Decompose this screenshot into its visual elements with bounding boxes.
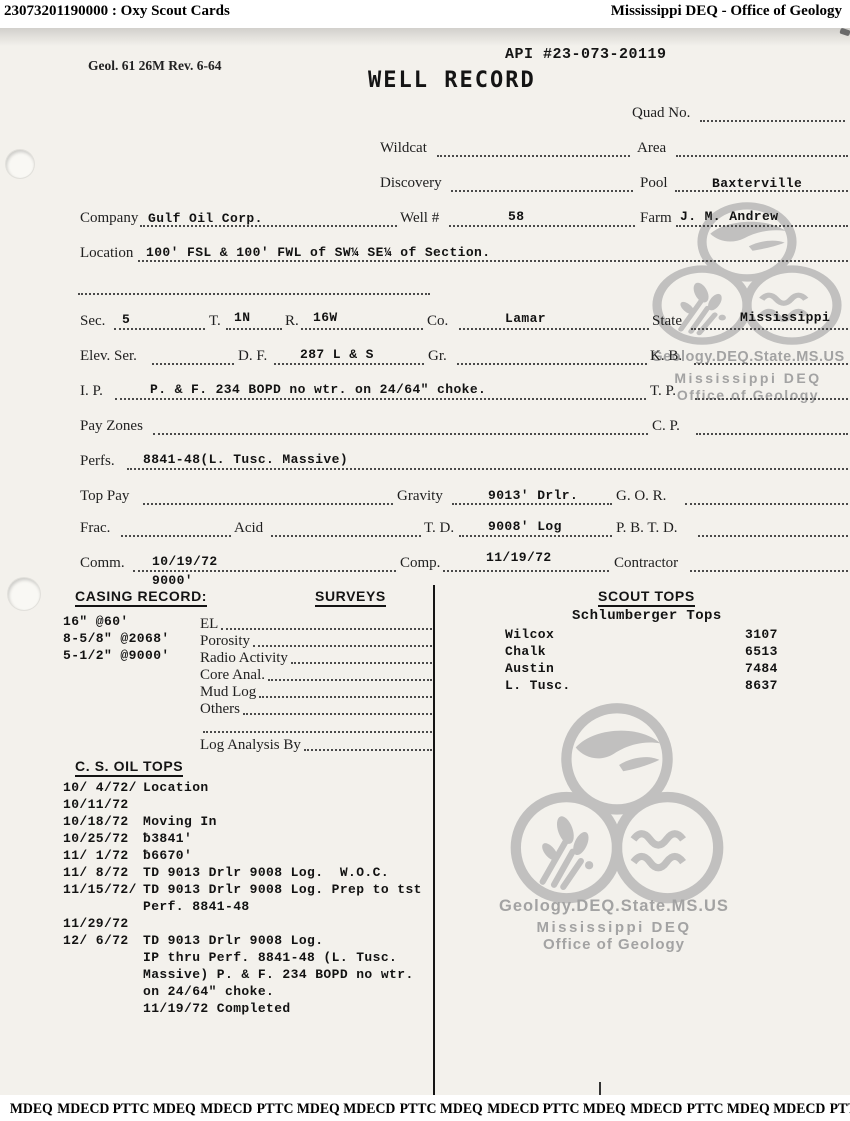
dotted-line — [676, 225, 848, 227]
surveys-heading: SURVEYS — [315, 588, 386, 607]
oil-top-date: 11/29/72 — [63, 916, 129, 931]
dotted-line — [114, 328, 205, 330]
field-state-label: State — [652, 313, 682, 330]
footer-org-label: PTTC — [830, 1101, 850, 1118]
footer-org-label: MDEQ — [440, 1101, 483, 1118]
dotted-line — [221, 628, 432, 630]
dotted-line — [143, 503, 393, 505]
dotted-line — [115, 398, 646, 400]
footer-org-label: PTTC — [400, 1101, 437, 1118]
oil-top-text: TD 9013 Drlr 9008 Log. Prep to tst — [143, 882, 422, 897]
field-top-pay-label: Top Pay — [80, 488, 129, 505]
scout-top-name: L. Tusc. — [505, 678, 571, 693]
field-pbtd-label: P. B. T. D. — [616, 520, 678, 537]
scout-tops-heading: SCOUT TOPS — [598, 588, 695, 607]
field-td-log-value: 9008' Log — [488, 519, 562, 534]
dotted-line — [443, 570, 609, 572]
field-td-label: T. D. — [424, 520, 454, 537]
field-comp-label: Comp. — [400, 555, 440, 572]
field-contractor-label: Contractor — [614, 555, 678, 572]
casing-item: 8-5/8" @2068' — [63, 631, 170, 646]
field-comp-value: 11/19/72 — [486, 550, 552, 565]
scanned-well-record-page: 23073201190000 : Oxy Scout Cards Mississ… — [0, 0, 850, 1121]
survey-row: Others — [200, 701, 432, 718]
field-sec-value: 5 — [122, 312, 130, 327]
agency-title: Mississippi DEQ - Office of Geology — [611, 3, 842, 20]
field-farm-value: J. M. Andrew — [680, 209, 778, 224]
dotted-line — [459, 328, 649, 330]
field-company-value: Gulf Oil Corp. — [148, 211, 263, 226]
survey-label: Core Anal. — [200, 667, 268, 684]
field-wildcat-label: Wildcat — [380, 140, 427, 157]
dotted-line — [449, 225, 635, 227]
field-comm-value: 10/19/72 — [152, 554, 218, 569]
watermark-url-text: Geology.DEQ.State.MS.US — [494, 897, 734, 916]
footer-org-label: PTTC — [543, 1101, 580, 1118]
field-well-no-label: Well # — [400, 210, 439, 227]
field-df-value: 287 L & S — [300, 347, 374, 362]
survey-label: EL — [200, 616, 221, 633]
field-range-label: R. — [285, 313, 299, 330]
survey-label: Log Analysis By — [200, 737, 304, 754]
field-perfs-value: 8841-48(L. Tusc. Massive) — [143, 452, 348, 467]
dotted-line — [203, 731, 432, 733]
oil-top-date: 10/18/72 — [63, 814, 129, 829]
scan-top-shadow — [0, 28, 850, 46]
footer-org-label: MDECD — [487, 1101, 539, 1118]
oil-top-date: 10/25/72 — [63, 831, 129, 846]
field-township-label: T. — [209, 313, 221, 330]
field-farm-label: Farm — [640, 210, 672, 227]
dotted-line — [152, 363, 234, 365]
dotted-line — [226, 328, 282, 330]
footer-org-label: MDECD — [344, 1101, 396, 1118]
footer-org-bar: MDEQMDECDPTTCMDEQMDECDPTTCMDEQMDECDPTTCM… — [0, 1097, 850, 1121]
field-elev-ser-label: Elev. Ser. — [80, 348, 137, 365]
field-pay-zones-label: Pay Zones — [80, 418, 143, 435]
field-county-label: Co. — [427, 313, 448, 330]
dotted-line — [268, 679, 432, 681]
footer-org-label: PTTC — [256, 1101, 293, 1118]
dotted-line — [694, 363, 848, 365]
oil-tops-heading: C. S. OIL TOPS — [75, 758, 183, 777]
dotted-line — [133, 570, 396, 572]
survey-row: Log Analysis By — [200, 737, 432, 754]
field-perfs-label: Perfs. — [80, 453, 115, 470]
field-location-value: 100' FSL & 100' FWL of SW¼ SE¼ of Sectio… — [146, 245, 490, 260]
dotted-line — [437, 155, 630, 157]
survey-row: Porosity — [200, 633, 432, 650]
oil-top-text: on 24/64" choke. — [143, 984, 274, 999]
oil-top-date: 11/ 8/72 — [63, 865, 129, 880]
footer-org-label: PTTC — [686, 1101, 723, 1118]
footer-org-label: PTTC — [113, 1101, 150, 1118]
watermark-office-text: Office of Geology — [648, 387, 848, 403]
footer-org-label: MDEQ — [583, 1101, 626, 1118]
dotted-line — [271, 535, 421, 537]
oil-top-date: 12/ 6/72 — [63, 933, 129, 948]
oil-top-date: 10/ 4/72/ — [63, 780, 137, 795]
field-range-value: 16W — [313, 310, 338, 325]
field-comm-label: Comm. — [80, 555, 125, 572]
dotted-line — [685, 503, 848, 505]
dotted-line — [153, 433, 648, 435]
oil-top-text: Perf. 8841-48 — [143, 899, 250, 914]
field-area-label: Area — [637, 140, 666, 157]
scan-artifact-tick — [599, 1082, 601, 1095]
survey-label: Porosity — [200, 633, 253, 650]
field-county-value: Lamar — [505, 311, 546, 326]
dotted-line — [121, 535, 231, 537]
footer-org-label: MDECD — [630, 1101, 682, 1118]
survey-row: Mud Log — [200, 684, 432, 701]
footer-org-label: MDECD — [200, 1101, 252, 1118]
scout-top-depth: 7484 — [745, 661, 778, 676]
oil-top-date: 11/15/72/ — [63, 882, 137, 897]
casing-item: 16" @60' — [63, 614, 129, 629]
survey-row: Core Anal. — [200, 667, 432, 684]
dotted-line — [698, 535, 848, 537]
field-frac-label: Frac. — [80, 520, 110, 537]
oil-top-text: 11/19/72 Completed — [143, 1001, 291, 1016]
footer-org-label: MDECD — [774, 1101, 826, 1118]
hole-punch — [6, 150, 34, 178]
field-quad-no-label: Quad No. — [632, 105, 690, 122]
dotted-line — [138, 260, 848, 262]
field-tp-label: T. P. — [650, 383, 676, 400]
survey-row: Radio Activity — [200, 650, 432, 667]
field-company-label: Company — [80, 210, 138, 227]
footer-org-label: MDEQ — [297, 1101, 340, 1118]
survey-label: Others — [200, 701, 243, 718]
form-revision-note: Geol. 61 26M Rev. 6-64 — [88, 58, 221, 74]
dotted-line — [301, 328, 423, 330]
scout-top-depth: 3107 — [745, 627, 778, 642]
dotted-line — [253, 645, 432, 647]
oil-top-text: Location — [143, 780, 209, 795]
field-df-label: D. F. — [238, 348, 267, 365]
field-township-value: 1N — [234, 310, 250, 325]
field-location-label: Location — [80, 245, 133, 262]
oil-top-text: TD 9013 Drlr 9008 Log. — [143, 933, 323, 948]
field-state-value: Mississippi — [740, 310, 830, 325]
dotted-line — [696, 433, 848, 435]
scout-top-name: Austin — [505, 661, 554, 676]
dotted-line — [291, 662, 432, 664]
dotted-line — [676, 155, 848, 157]
field-well-no-value: 58 — [508, 209, 524, 224]
viewer-header-bar: 23073201190000 : Oxy Scout Cards Mississ… — [0, 0, 850, 28]
field-gravity-label: Gravity — [397, 488, 443, 505]
field-gr-label: Gr. — [428, 348, 447, 365]
watermark-org-text: Mississippi DEQ — [494, 919, 734, 936]
scout-top-name: Chalk — [505, 644, 546, 659]
watermark-office-text: Office of Geology — [494, 936, 734, 953]
field-acid-label: Acid — [234, 520, 263, 537]
oil-top-text: IP thru Perf. 8841-48 (L. Tusc. — [143, 950, 397, 965]
oil-top-date: 10/11/72 — [63, 797, 129, 812]
hole-punch — [8, 578, 40, 610]
scout-top-name: Wilcox — [505, 627, 554, 642]
scout-top-depth: 8637 — [745, 678, 778, 693]
dotted-line — [451, 190, 633, 192]
document-id-title: 23073201190000 : Oxy Scout Cards — [4, 3, 230, 20]
field-cp-label: C. P. — [652, 418, 680, 435]
field-discovery-label: Discovery — [380, 175, 442, 192]
footer-org-label: MDEQ — [10, 1101, 53, 1118]
dotted-line — [700, 120, 845, 122]
field-gor-label: G. O. R. — [616, 488, 666, 505]
form-title: WELL RECORD — [368, 68, 536, 93]
dotted-line — [304, 749, 432, 751]
dotted-line — [459, 535, 612, 537]
dotted-line — [691, 328, 848, 330]
dotted-line — [274, 363, 424, 365]
dotted-line — [695, 398, 848, 400]
scout-top-depth: 6513 — [745, 644, 778, 659]
dotted-line — [259, 696, 432, 698]
field-ip-value: P. & F. 234 BOPD no wtr. on 24/64" choke… — [150, 382, 486, 397]
oil-top-text: Moving In — [143, 814, 217, 829]
field-td-drlr-value: 9013' Drlr. — [488, 488, 578, 503]
casing-item: 5-1/2" @9000' — [63, 648, 170, 663]
oil-top-text: ƀ6670' — [143, 848, 192, 863]
dotted-separator — [78, 293, 430, 295]
survey-label: Radio Activity — [200, 650, 291, 667]
dotted-line — [243, 713, 432, 715]
survey-row — [200, 719, 432, 736]
scout-tops-subtitle: Schlumberger Tops — [572, 608, 722, 624]
deq-logo-watermark — [503, 700, 731, 922]
oil-top-text: ƀ3841' — [143, 831, 192, 846]
dotted-line — [452, 503, 612, 505]
column-divider-line — [433, 585, 435, 1095]
field-pool-value: Baxterville — [712, 176, 802, 191]
field-ip-label: I. P. — [80, 383, 103, 400]
oil-top-date: 11/ 1/72 — [63, 848, 129, 863]
dotted-line — [690, 570, 848, 572]
field-comm-value-below: 9000' — [152, 573, 193, 588]
dotted-line — [457, 363, 647, 365]
api-number: API #23-073-20119 — [505, 46, 667, 63]
footer-org-label: MDECD — [57, 1101, 109, 1118]
oil-top-text: Massive) P. & F. 234 BOPD no wtr. — [143, 967, 414, 982]
casing-record-heading: CASING RECORD: — [75, 588, 207, 607]
oil-top-text: TD 9013 Drlr 9008 Log. W.O.C. — [143, 865, 389, 880]
footer-org-label: MDEQ — [727, 1101, 770, 1118]
footer-org-label: MDEQ — [153, 1101, 196, 1118]
field-kb-label: K. B. — [650, 348, 682, 365]
dotted-line — [127, 468, 848, 470]
field-sec-label: Sec. — [80, 313, 105, 330]
watermark-org-text: Mississippi DEQ — [648, 370, 848, 386]
survey-row: EL — [200, 616, 432, 633]
field-pool-label: Pool — [640, 175, 668, 192]
survey-label: Mud Log — [200, 684, 259, 701]
